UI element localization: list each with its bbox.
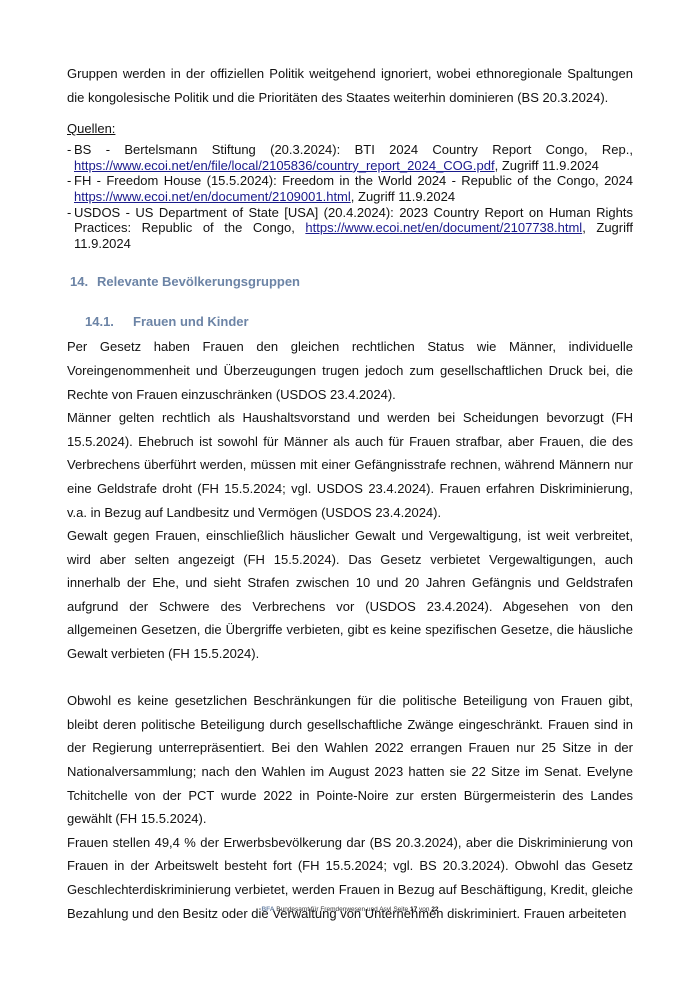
body-paragraph: Männer gelten rechtlich als Haushaltsvor… xyxy=(67,406,633,524)
section-heading: 14.Relevante Bevölkerungsgruppen xyxy=(70,273,633,291)
source-link[interactable]: https://www.ecoi.net/en/document/2107738… xyxy=(305,220,582,235)
intro-paragraph: Gruppen werden in der offiziellen Politi… xyxy=(67,62,633,109)
source-text: FH - Freedom House (15.5.2024): Freedom … xyxy=(74,173,633,188)
footer-page-of: von xyxy=(419,906,429,913)
page-footer: BFA Bundesamt für Fremdenwesen und Asyl … xyxy=(0,906,700,913)
body-paragraph: Gewalt gegen Frauen, einschließlich häus… xyxy=(67,524,633,666)
footer-org: Bundesamt für Fremdenwesen und Asyl xyxy=(276,906,391,913)
subsection-title: Frauen und Kinder xyxy=(133,314,249,329)
subsection-heading: 14.1.Frauen und Kinder xyxy=(85,313,633,331)
source-link[interactable]: https://www.ecoi.net/en/file/local/21058… xyxy=(74,158,495,173)
list-dash: - xyxy=(67,142,71,158)
bfa-logo-text: BFA xyxy=(261,906,274,913)
source-item: - USDOS - US Department of State [USA] (… xyxy=(67,205,633,252)
body-paragraph: Obwohl es keine gesetzlichen Beschränkun… xyxy=(67,689,633,831)
source-item: - FH - Freedom House (15.5.2024): Freedo… xyxy=(67,173,633,204)
sources-list: - BS - Bertelsmann Stiftung (20.3.2024):… xyxy=(67,142,633,251)
list-dash: - xyxy=(67,205,71,221)
document-page: Gruppen werden in der offiziellen Politi… xyxy=(67,62,633,925)
paragraph-gap xyxy=(67,666,633,690)
section-title: Relevante Bevölkerungsgruppen xyxy=(97,274,300,289)
body-paragraph: Per Gesetz haben Frauen den gleichen rec… xyxy=(67,335,633,406)
footer-page-current: 17 xyxy=(410,906,417,913)
sources-label: Quellen: xyxy=(67,119,633,139)
footer-page-label: Seite xyxy=(393,906,408,913)
list-dash: - xyxy=(67,173,71,189)
source-text: BS - Bertelsmann Stiftung (20.3.2024): B… xyxy=(74,142,633,157)
source-item: - BS - Bertelsmann Stiftung (20.3.2024):… xyxy=(67,142,633,173)
section-number: 14. xyxy=(70,273,97,291)
footer-page-total: 22 xyxy=(431,906,438,913)
subsection-number: 14.1. xyxy=(85,313,133,331)
source-link[interactable]: https://www.ecoi.net/en/document/2109001… xyxy=(74,189,351,204)
source-access-date: , Zugriff 11.9.2024 xyxy=(351,189,455,204)
source-access-date: , Zugriff 11.9.2024 xyxy=(495,158,599,173)
